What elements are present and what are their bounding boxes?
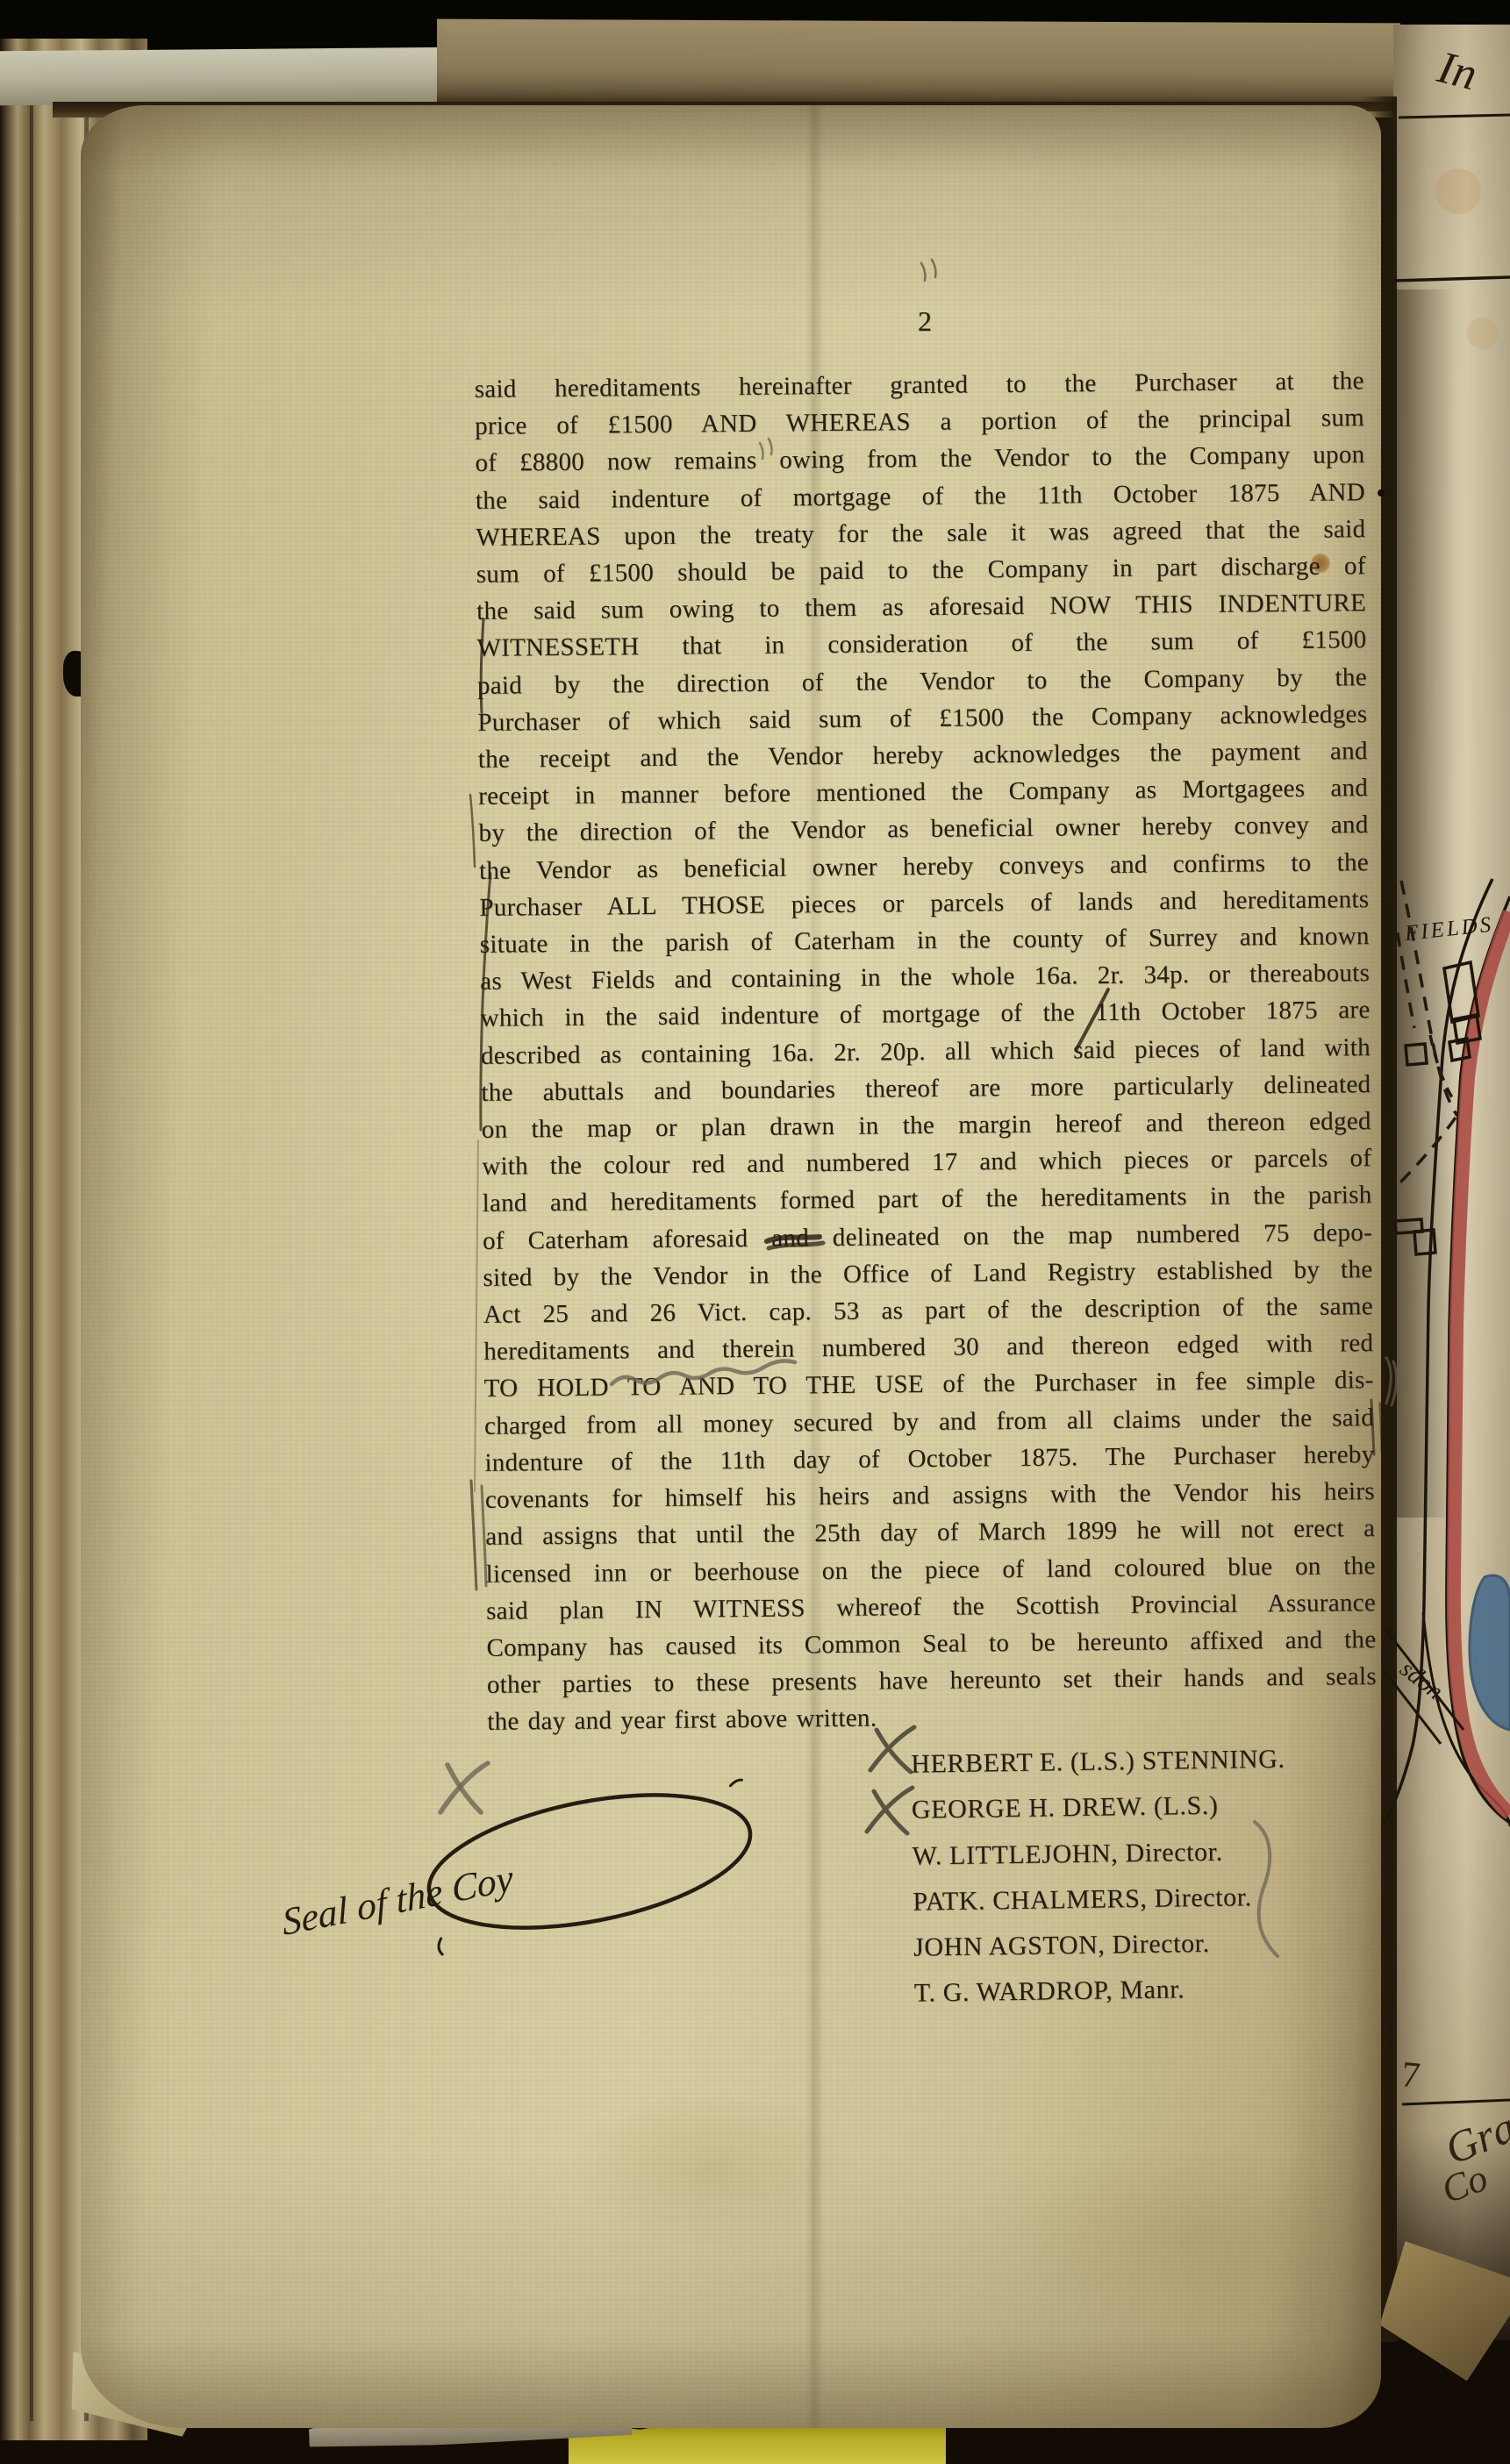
page-edge-seam <box>30 53 33 2421</box>
paper-stain <box>562 2088 860 2246</box>
signature-row: HERBERT E. (L.S.) STENNING. <box>911 1735 1368 1788</box>
deed-body-text: said hereditaments hereinafter granted t… <box>475 362 1378 1740</box>
scanned-book-photo: { "page": { "number": "2" }, "deed_text"… <box>0 0 1510 2464</box>
paper-stain <box>1009 2140 1378 2333</box>
signature-row: W. LITTLEJOHN, Director. <box>912 1827 1369 1880</box>
signature-row: GEORGE H. DREW. (L.S.) <box>912 1782 1369 1834</box>
top-page-edge-brown <box>437 19 1400 111</box>
top-page-edge-light <box>0 47 463 106</box>
signature-list: HERBERT E. (L.S.) STENNING.GEORGE H. DRE… <box>911 1735 1370 2017</box>
page-number: 2 <box>918 305 970 338</box>
margin-map-shadow <box>1393 289 1455 1518</box>
signature-row: PATK. CHALMERS, Director. <box>912 1873 1370 1925</box>
signature-row: T. G. WARDROP, Manr. <box>913 1965 1370 2018</box>
signature-row: JOHN AGSTON, Director. <box>913 1919 1370 1972</box>
